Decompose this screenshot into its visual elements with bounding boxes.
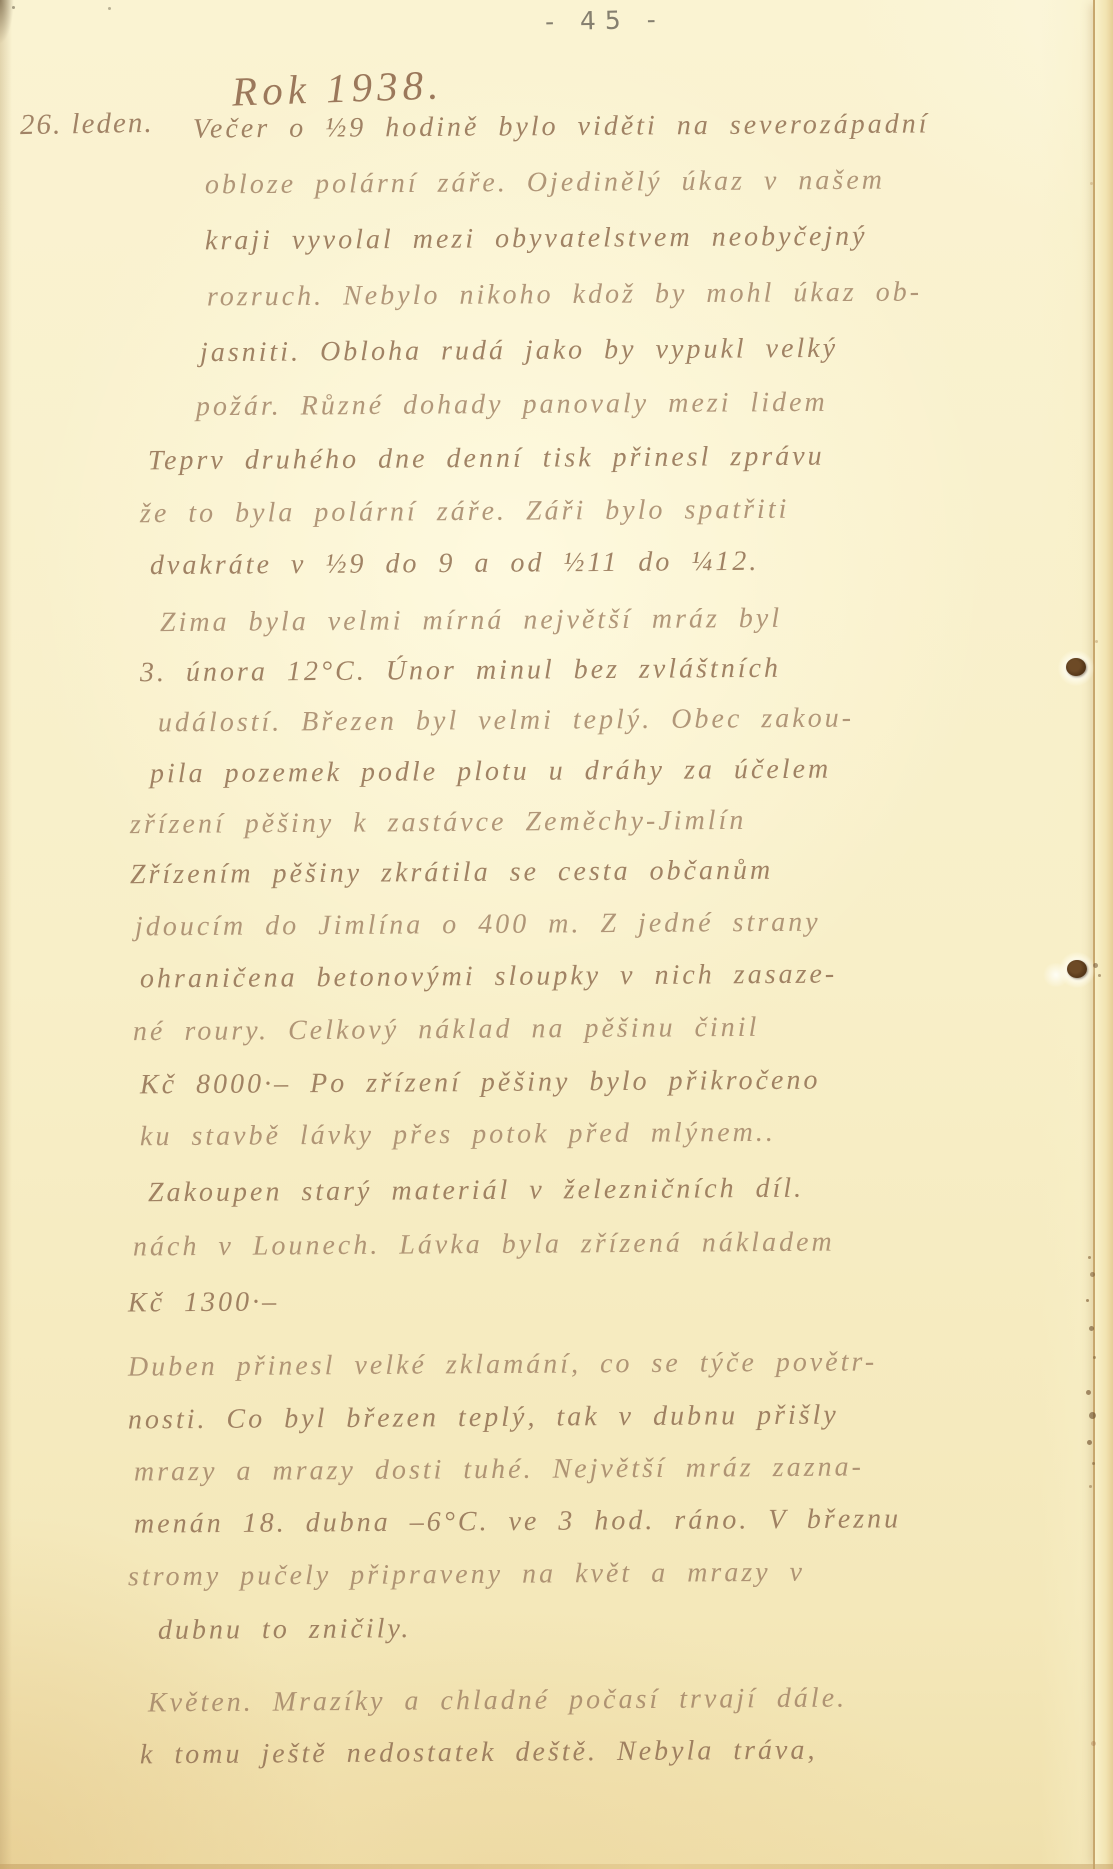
handwritten-line: dvakráte v ½9 do 9 a od ½11 do ¼12. <box>150 547 760 582</box>
handwritten-line: Zakoupen starý materiál v železničních d… <box>148 1174 804 1209</box>
foxing-speckles <box>0 0 3 3</box>
punch-hole <box>1058 951 1096 989</box>
handwritten-line: Zřízením pěšiny zkrátila se cesta občanů… <box>130 856 773 891</box>
handwritten-line: Kč 8000·– Po zřízení pěšiny bylo přikroč… <box>140 1066 821 1102</box>
handwritten-line: ku stavbě lávky přes potok před mlýnem.. <box>140 1118 776 1153</box>
handwritten-line: událostí. Březen byl velmi teplý. Obec z… <box>158 704 854 740</box>
handwritten-line: pila pozemek podle plotu u dráhy za účel… <box>150 755 831 791</box>
handwritten-line: jdoucím do Jimlína o 400 m. Z jedné stra… <box>135 908 821 944</box>
page-curvature-shade <box>1040 0 1093 1869</box>
handwritten-line: nách v Lounech. Lávka byla zřízená nákla… <box>133 1228 835 1264</box>
punch-hole-pit <box>1066 658 1086 676</box>
handwritten-line: zřízení pěšiny k zastávce Zeměchy-Jimlín <box>130 806 747 841</box>
corner-dark-mark <box>0 0 14 44</box>
handwritten-line: 3. února 12°C. Únor minul bez zvláštních <box>140 654 781 689</box>
handwritten-line: Teprv druhého dne denní tisk přinesl zpr… <box>148 442 825 478</box>
handwritten-line: Kč 1300·– <box>128 1287 279 1319</box>
handwritten-line: jasniti. Obloha rudá jako by vypukl velk… <box>200 334 838 369</box>
chronicle-page: - 45 - Rok 1938. 26. leden. Večer o ½9 h… <box>0 0 1113 1869</box>
handwritten-line: menán 18. dubna –6°C. ve 3 hod. ráno. V … <box>134 1504 901 1540</box>
handwritten-line: nosti. Co byl březen teplý, tak v dubnu … <box>128 1401 839 1437</box>
handwritten-line: né roury. Celkový náklad na pěšinu činil <box>133 1013 760 1048</box>
handwritten-line: mrazy a mrazy dosti tuhé. Největší mráz … <box>134 1452 864 1488</box>
handwritten-line: požár. Různé dohady panovaly mezi lidem <box>196 388 828 423</box>
page-number: - 45 - <box>545 5 665 37</box>
margin-date: 26. leden. <box>20 107 154 142</box>
page-left-edge <box>0 0 12 1869</box>
handwritten-line: Zima byla velmi mírná největší mráz byl <box>160 604 782 639</box>
handwritten-line: ohraničena betonovými sloupky v nich zas… <box>140 960 837 996</box>
handwritten-line: obloze polární záře. Ojedinělý úkaz v na… <box>205 166 885 202</box>
punch-hole-pit <box>1067 960 1087 978</box>
page-right-edge <box>1093 0 1113 1869</box>
handwritten-line: Květen. Mrazíky a chladné počasí trvají … <box>148 1684 847 1720</box>
handwritten-line: dubnu to zničily. <box>158 1614 412 1647</box>
handwritten-line: stromy pučely připraveny na květ a mrazy… <box>128 1558 805 1594</box>
page-bottom-edge <box>0 1864 1113 1869</box>
handwritten-line: kraji vyvolal mezi obyvatelstvem neobyče… <box>205 222 868 257</box>
handwritten-line: rozruch. Nebylo nikoho kdož by mohl úkaz… <box>207 278 922 314</box>
punch-hole <box>1057 649 1095 687</box>
year-heading: Rok 1938. <box>231 60 444 115</box>
handwritten-line: Večer o ½9 hodině bylo viděti na severoz… <box>193 109 930 145</box>
handwritten-line: k tomu ještě nedostatek deště. Nebyla tr… <box>140 1736 818 1772</box>
handwritten-line: Duben přinesl velké zklamání, co se týče… <box>128 1347 877 1383</box>
handwritten-line: že to byla polární záře. Záři bylo spatř… <box>140 495 790 530</box>
